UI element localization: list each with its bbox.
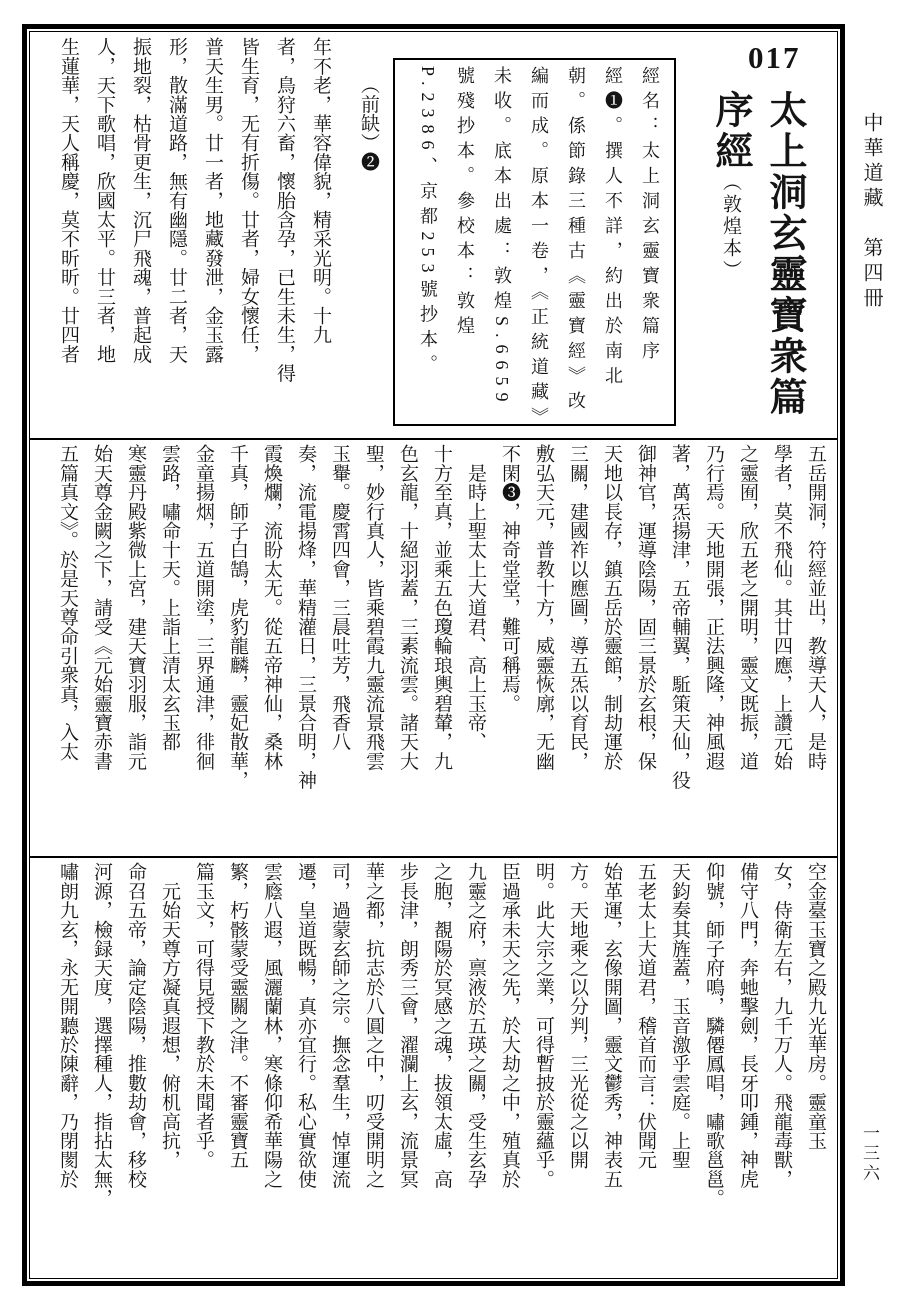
text-column: 遷，皇道既暢，真亦宜行。私心實欲使 bbox=[288, 862, 322, 1274]
text-column: 三關，建國祚以應圖，導五炁以育民， bbox=[560, 444, 594, 858]
text-column: 之胞，覩陽於冥感之魂，拔領太虛，高 bbox=[424, 862, 458, 1274]
page-title: 太上洞玄靈寶衆篇 bbox=[763, 90, 805, 418]
text-column: 人，天下歌唱，欣國太平。廿三者，地 bbox=[86, 37, 122, 433]
text-column: 五篇真文》。於是天尊命引衆真，入太 bbox=[50, 444, 84, 858]
text-column: 經名：太上洞玄靈寶衆篇序 bbox=[631, 66, 668, 418]
title-sub-column: 序經（敦煌本） bbox=[703, 90, 757, 434]
register-middle: 五岳開洞，符經並出，教導天人，是時學者，莫不飛仙。其廿四應，上讚元始之靈囿，欣五… bbox=[30, 440, 837, 862]
text-column: 霞煥爛，流盼太无。從五帝神仙，桑林 bbox=[254, 444, 288, 858]
page-frame-inner: 017 太上洞玄靈寶衆篇 序經（敦煌本） 經名：太上洞玄靈寶衆篇序經❶。撰人不詳… bbox=[29, 31, 838, 1279]
text-column: 雲路，嘯命十天。上詣上清太玄玉都 bbox=[152, 444, 186, 858]
volume-label: 中華道藏 第四冊 bbox=[856, 112, 886, 312]
title-main-column: 太上洞玄靈寶衆篇 bbox=[757, 90, 811, 434]
folio-number: 一三六 bbox=[856, 1124, 882, 1184]
text-column: 生蓮華，天人稱慶，莫不昕昕。廿四者 bbox=[50, 37, 86, 433]
page-title-note: （敦煌本） bbox=[720, 172, 741, 282]
text-column: 五岳開洞，符經並出，教導天人，是時 bbox=[798, 444, 832, 858]
register-top: 017 太上洞玄靈寶衆篇 序經（敦煌本） 經名：太上洞玄靈寶衆篇序經❶。撰人不詳… bbox=[30, 32, 837, 438]
text-column: 九靈之府，禀液於五瑛之關，受生玄孕 bbox=[458, 862, 492, 1274]
text-column: 天地以長存，鎮五岳於靈館，制劫運於 bbox=[594, 444, 628, 858]
text-column: 號殘抄本。參校本：敦煌 bbox=[446, 66, 483, 418]
text-column: 嘯朗九玄，永无開聽於陳辭，乃閉閡於 bbox=[50, 862, 84, 1274]
abstract-box: 經名：太上洞玄靈寶衆篇序經❶。撰人不詳，約出於南北朝。係節錄三種古《靈寶經》改編… bbox=[393, 58, 676, 426]
text-column: 經❶。撰人不詳，約出於南北 bbox=[594, 66, 631, 418]
text-column: 奏，流電揚烽，華精灌日，三景合明，神 bbox=[288, 444, 322, 858]
page-title-sub: 序經 bbox=[709, 90, 751, 172]
text-column: 振地裂，枯骨更生，沉尸飛魂，普起成 bbox=[122, 37, 158, 433]
register-bottom: 空金臺玉寶之殿九光華房。靈童玉女，侍衛左右，九千万人。飛龍毒獸，備守八門，奔虵擊… bbox=[30, 858, 837, 1278]
text-column: 河源，檢録天度，選擇種人，指拈太無， bbox=[84, 862, 118, 1274]
text-column: 色玄龍，十絕羽蓋，三素流雲。諸天大 bbox=[390, 444, 424, 858]
text-column: 女，侍衛左右，九千万人。飛龍毒獸， bbox=[764, 862, 798, 1274]
text-column: 方。天地乘之以分判，三光從之以開 bbox=[560, 862, 594, 1274]
text-column: 玉轝。慶霄四會，三晨吐芳，飛香八 bbox=[322, 444, 356, 858]
text-column: 編而成。原本一卷，《正統道藏》 bbox=[520, 66, 557, 418]
register-top-text: （前缺）❷年不老，華容偉貌，精采光明。十九者，鳥狩六畜，懷胎含孕，已生未生，得皆… bbox=[34, 37, 400, 433]
text-column: 空金臺玉寶之殿九光華房。靈童玉 bbox=[798, 862, 832, 1274]
text-column: 司，過蒙玄師之宗。撫念羣生，悼運流 bbox=[322, 862, 356, 1274]
text-column: 普天生男。廿一者，地藏發泄，金玉露 bbox=[194, 37, 230, 433]
text-column: 始革運，玄像開圖，靈文鬱秀，神表五 bbox=[594, 862, 628, 1274]
text-column: （前缺）❷ bbox=[350, 75, 386, 433]
scanned-page: 中華道藏 第四冊 一三六 017 太上洞玄靈寶衆篇 序經（敦煌本） bbox=[0, 0, 900, 1300]
text-column: 聖，妙行真人，皆乘碧霞九靈流景飛雲 bbox=[356, 444, 390, 858]
text-column: 之靈囿，欣五老之開明，靈文既振，道 bbox=[730, 444, 764, 858]
text-column: 雲廕八遐，風灑蘭林，寒條仰希華陽之 bbox=[254, 862, 288, 1274]
text-column: 學者，莫不飛仙。其廿四應，上讚元始 bbox=[764, 444, 798, 858]
text-column: 寒靈丹殿紫微上宮，建天寶羽服，詣元 bbox=[118, 444, 152, 858]
text-column: 乃行焉。天地開張，正法興隆，神風遐 bbox=[696, 444, 730, 858]
text-column: 朝。係節錄三種古《靈寶經》改 bbox=[557, 66, 594, 418]
text-column: 金童揚烟，五道開塗，三界通津，徘徊 bbox=[186, 444, 220, 858]
text-column: 篇玉文，可得見授下教於未聞者乎。 bbox=[186, 862, 220, 1274]
text-column: P.2386、京都253號抄本。 bbox=[409, 66, 446, 418]
text-column: 繁，朽骸蒙受靈關之津。不審靈寶五 bbox=[220, 862, 254, 1274]
text-column: 備守八門，奔虵擊劍，長牙叩鍾，神虎 bbox=[730, 862, 764, 1274]
text-column: 是時上聖太上大道君、高上玉帝、 bbox=[458, 444, 492, 858]
title-columns: 太上洞玄靈寶衆篇 序經（敦煌本） bbox=[703, 90, 811, 434]
text-column: 著，萬炁揚津，五帝輔翼，駈策天仙，役 bbox=[662, 444, 696, 858]
text-column: 天鈞奏其旌蓋，玉音激乎雲庭。上聖 bbox=[662, 862, 696, 1274]
text-column: 五老太上大道君，稽首而言：伏聞元 bbox=[628, 862, 662, 1274]
text-column: 華之都，抗志於八圓之中，叨受開明之 bbox=[356, 862, 390, 1274]
text-column: 元始天尊方凝真遐想，俯机高抗， bbox=[152, 862, 186, 1274]
text-column: 命召五帝，論定陰陽，推數劫會，移校 bbox=[118, 862, 152, 1274]
text-column: 十方至真，並乘五色瓊輪琅輿碧輦，九 bbox=[424, 444, 458, 858]
text-column: 明。此大宗之業，可得暫披於靈蘊乎。 bbox=[526, 862, 560, 1274]
title-block: 017 太上洞玄靈寶衆篇 序經（敦煌本） bbox=[678, 32, 837, 438]
text-column: 形，散滿道路，無有幽隱。廿二者，天 bbox=[158, 37, 194, 433]
text-column: 仰號，師子府鳴，驎僊鳳唱，嘯歌邕邕。 bbox=[696, 862, 730, 1274]
text-column: 者，鳥狩六畜，懷胎含孕，已生未生，得 bbox=[266, 37, 302, 433]
serial-number: 017 bbox=[748, 40, 801, 76]
text-column: 不閑❸，神奇堂堂，難可稱焉。 bbox=[492, 444, 526, 858]
text-column: 敷弘天元，普教十方，威靈恢廓，无幽 bbox=[526, 444, 560, 858]
text-column: 御神官，運導陰陽，固三景於玄根，保 bbox=[628, 444, 662, 858]
text-column: 始天尊金闕之下，請受《元始靈寶赤書 bbox=[84, 444, 118, 858]
page-frame: 017 太上洞玄靈寶衆篇 序經（敦煌本） 經名：太上洞玄靈寶衆篇序經❶。撰人不詳… bbox=[22, 24, 845, 1286]
text-column: 步長津，朗秀三會，濯瀾上玄，流景冥 bbox=[390, 862, 424, 1274]
text-column: 千真，師子白鵠，虎豹龍麟，靈妃散華， bbox=[220, 444, 254, 858]
text-column: 皆生育，无有折傷。廿者，婦女懷任， bbox=[230, 37, 266, 433]
text-column: 年不老，華容偉貌，精采光明。十九 bbox=[302, 37, 338, 433]
text-column: 臣過承未天之先，於大劫之中，殖真於 bbox=[492, 862, 526, 1274]
text-column: 未收。底本出處：敦煌S.6659 bbox=[483, 66, 520, 418]
